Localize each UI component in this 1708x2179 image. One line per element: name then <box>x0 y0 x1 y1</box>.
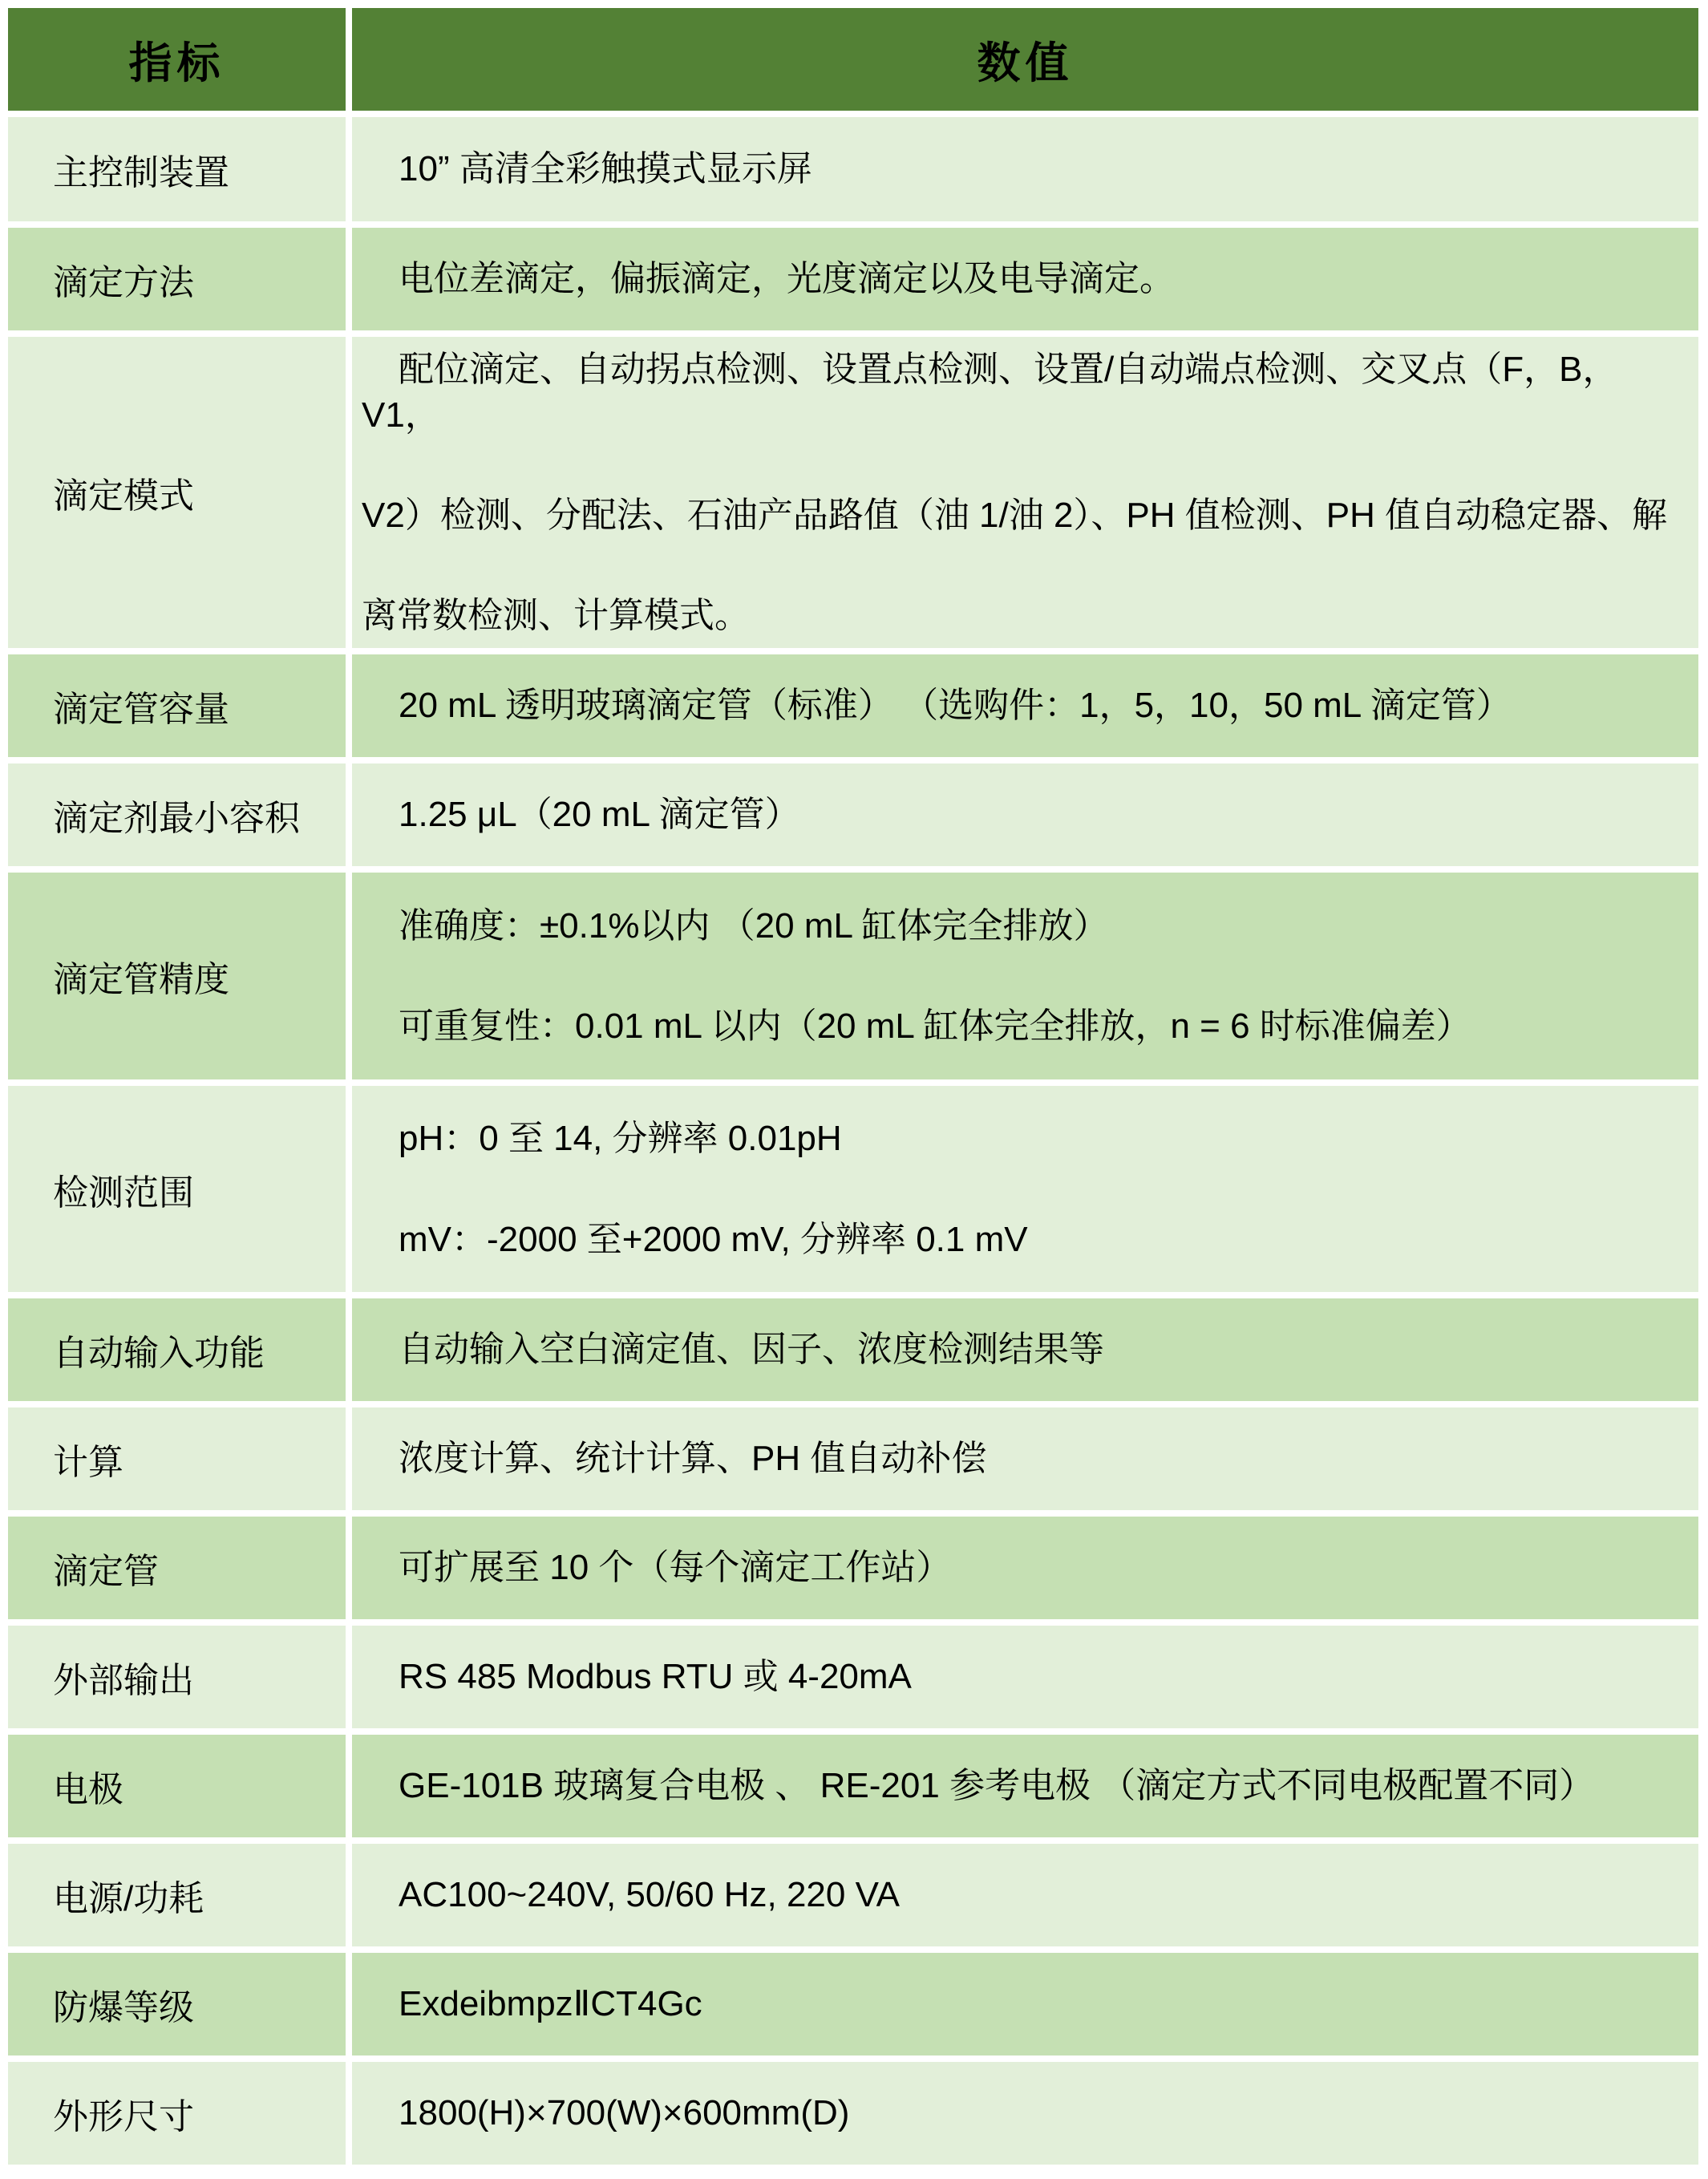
spec-label-cell: 防爆等级 <box>8 1953 346 2055</box>
spec-value-line: V2）检测、分配法、石油产品路值（油 1/油 2）、PH 值检测、PH 值自动稳… <box>362 492 1679 538</box>
spec-label-cell: 主控制装置 <box>8 117 346 221</box>
table-row: 滴定模式 配位滴定、自动拐点检测、设置点检测、设置/自动端点检测、交叉点（F，B… <box>8 337 1698 648</box>
spec-value-cell: 1.25 μL（20 mL 滴定管） <box>352 763 1698 866</box>
spec-table: 指标 数值 主控制装置 10” 高清全彩触摸式显示屏 滴定方法 电位差滴定，偏振… <box>2 2 1705 2171</box>
spec-value-line: 自动输入空白滴定值、因子、浓度检测结果等 <box>362 1326 1679 1372</box>
spec-value-cell: 准确度：±0.1%以内 （20 mL 缸体完全排放） 可重复性：0.01 mL … <box>352 873 1698 1079</box>
spec-value-cell: AC100~240V, 50/60 Hz, 220 VA <box>352 1844 1698 1946</box>
spec-value-line: 浓度计算、统计计算、PH 值自动补偿 <box>362 1436 1679 1481</box>
spec-value-cell: 1800(H)×700(W)×600mm(D) <box>352 2062 1698 2165</box>
table-row: 滴定管容量 20 mL 透明玻璃滴定管（标准） （选购件：1，5，10，50 m… <box>8 654 1698 757</box>
spec-label-cell: 检测范围 <box>8 1086 346 1292</box>
table-row: 主控制装置 10” 高清全彩触摸式显示屏 <box>8 117 1698 221</box>
spec-value-cell: 10” 高清全彩触摸式显示屏 <box>352 117 1698 221</box>
spec-label-cell: 外部输出 <box>8 1626 346 1728</box>
spec-value-line: 可重复性：0.01 mL 以内（20 mL 缸体完全排放，n = 6 时标准偏差… <box>362 1003 1679 1049</box>
table-row: 电极 GE-101B 玻璃复合电极 、 RE-201 参考电极 （滴定方式不同电… <box>8 1735 1698 1837</box>
spec-value-line: GE-101B 玻璃复合电极 、 RE-201 参考电极 （滴定方式不同电极配置… <box>362 1763 1679 1808</box>
table-row: 外形尺寸 1800(H)×700(W)×600mm(D) <box>8 2062 1698 2165</box>
header-row: 指标 数值 <box>8 8 1698 111</box>
spec-label-cell: 滴定管 <box>8 1517 346 1619</box>
table-row: 自动输入功能 自动输入空白滴定值、因子、浓度检测结果等 <box>8 1298 1698 1401</box>
spec-label-cell: 滴定管容量 <box>8 654 346 757</box>
table-row: 外部输出 RS 485 Modbus RTU 或 4-20mA <box>8 1626 1698 1728</box>
spec-value-line: pH：0 至 14, 分辨率 0.01pH <box>362 1116 1679 1161</box>
spec-value-line: 10” 高清全彩触摸式显示屏 <box>362 146 1679 192</box>
spec-label-cell: 滴定模式 <box>8 337 346 648</box>
spec-value-cell: 配位滴定、自动拐点检测、设置点检测、设置/自动端点检测、交叉点（F，B，V1， … <box>352 337 1698 648</box>
spec-value-line: RS 485 Modbus RTU 或 4-20mA <box>362 1654 1679 1699</box>
spec-table-body: 主控制装置 10” 高清全彩触摸式显示屏 滴定方法 电位差滴定，偏振滴定，光度滴… <box>8 117 1698 2165</box>
spec-label-cell: 计算 <box>8 1407 346 1510</box>
spec-label-cell: 电极 <box>8 1735 346 1837</box>
spec-value-cell: GE-101B 玻璃复合电极 、 RE-201 参考电极 （滴定方式不同电极配置… <box>352 1735 1698 1837</box>
spec-value-line: 电位差滴定，偏振滴定，光度滴定以及电导滴定。 <box>362 256 1679 302</box>
spec-value-line: 配位滴定、自动拐点检测、设置点检测、设置/自动端点检测、交叉点（F，B，V1， <box>362 346 1679 438</box>
table-row: 防爆等级 ExdeibmpzⅡCT4Gc <box>8 1953 1698 2055</box>
spec-label-cell: 滴定方法 <box>8 228 346 330</box>
spec-value-cell: pH：0 至 14, 分辨率 0.01pH mV：-2000 至+2000 mV… <box>352 1086 1698 1292</box>
spec-value-line: 离常数检测、计算模式。 <box>362 593 1679 638</box>
spec-value-cell: 20 mL 透明玻璃滴定管（标准） （选购件：1，5，10，50 mL 滴定管） <box>352 654 1698 757</box>
header-col-value: 数值 <box>352 8 1698 111</box>
spec-label-cell: 自动输入功能 <box>8 1298 346 1401</box>
spec-label-cell: 滴定剂最小容积 <box>8 763 346 866</box>
spec-value-line: AC100~240V, 50/60 Hz, 220 VA <box>362 1872 1679 1918</box>
spec-label-cell: 外形尺寸 <box>8 2062 346 2165</box>
table-row: 滴定管 可扩展至 10 个（每个滴定工作站） <box>8 1517 1698 1619</box>
table-row: 电源/功耗 AC100~240V, 50/60 Hz, 220 VA <box>8 1844 1698 1946</box>
spec-value-cell: ExdeibmpzⅡCT4Gc <box>352 1953 1698 2055</box>
table-row: 检测范围 pH：0 至 14, 分辨率 0.01pH mV：-2000 至+20… <box>8 1086 1698 1292</box>
spec-value-line: 准确度：±0.1%以内 （20 mL 缸体完全排放） <box>362 903 1679 949</box>
table-row: 滴定方法 电位差滴定，偏振滴定，光度滴定以及电导滴定。 <box>8 228 1698 330</box>
header-col-indicator: 指标 <box>8 8 346 111</box>
spec-value-cell: 自动输入空白滴定值、因子、浓度检测结果等 <box>352 1298 1698 1401</box>
spec-value-cell: 电位差滴定，偏振滴定，光度滴定以及电导滴定。 <box>352 228 1698 330</box>
spec-value-line: 可扩展至 10 个（每个滴定工作站） <box>362 1545 1679 1590</box>
spec-value-cell: 浓度计算、统计计算、PH 值自动补偿 <box>352 1407 1698 1510</box>
table-row: 滴定剂最小容积 1.25 μL（20 mL 滴定管） <box>8 763 1698 866</box>
spec-value-cell: 可扩展至 10 个（每个滴定工作站） <box>352 1517 1698 1619</box>
spec-value-line: 1.25 μL（20 mL 滴定管） <box>362 792 1679 837</box>
spec-value-cell: RS 485 Modbus RTU 或 4-20mA <box>352 1626 1698 1728</box>
spec-value-line: 1800(H)×700(W)×600mm(D) <box>362 2090 1679 2136</box>
spec-label-cell: 电源/功耗 <box>8 1844 346 1946</box>
table-row: 滴定管精度 准确度：±0.1%以内 （20 mL 缸体完全排放） 可重复性：0.… <box>8 873 1698 1079</box>
spec-value-line: 20 mL 透明玻璃滴定管（标准） （选购件：1，5，10，50 mL 滴定管） <box>362 682 1679 728</box>
spec-value-line: mV：-2000 至+2000 mV, 分辨率 0.1 mV <box>362 1217 1679 1262</box>
spec-label-cell: 滴定管精度 <box>8 873 346 1079</box>
spec-value-line: ExdeibmpzⅡCT4Gc <box>362 1981 1679 2027</box>
table-row: 计算 浓度计算、统计计算、PH 值自动补偿 <box>8 1407 1698 1510</box>
spec-table-header: 指标 数值 <box>8 8 1698 111</box>
